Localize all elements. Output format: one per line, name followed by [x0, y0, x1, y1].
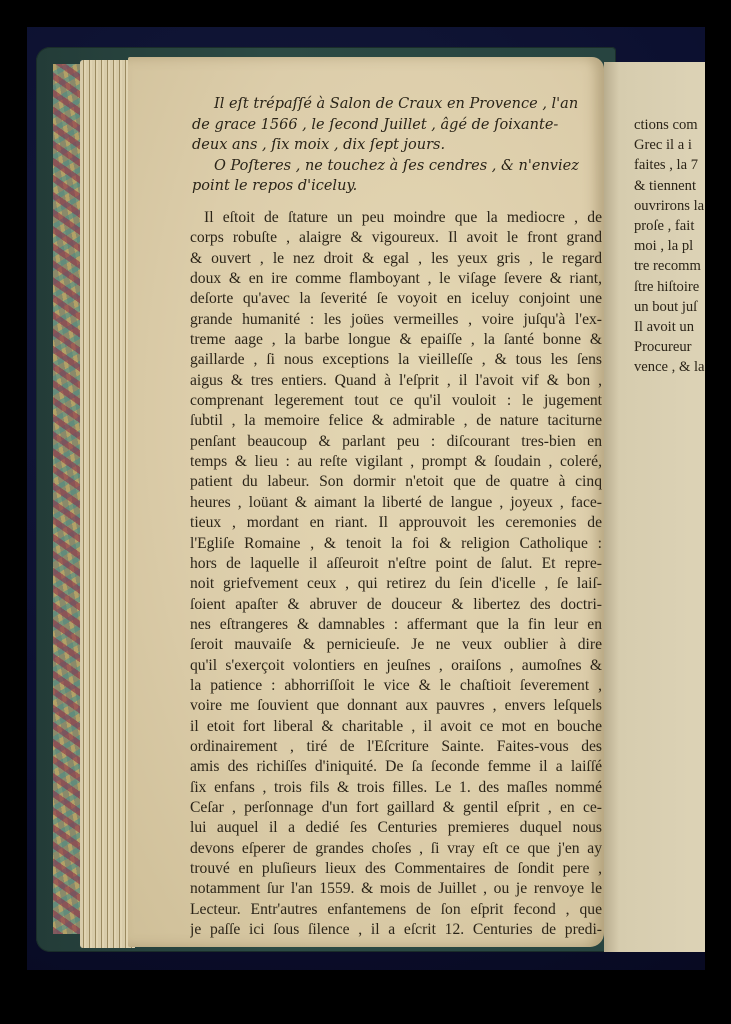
body-line: je paſſe ici ſous ſilence , il a eſcrit …: [190, 920, 602, 940]
body-line: Ceſar , perſonnage d'un fort gaillard & …: [190, 798, 602, 818]
body-line: comprenant legerement tout ce qu'il voul…: [190, 391, 602, 411]
body-line: trouvé en pluſieurs lieux des Commentair…: [190, 859, 602, 879]
body-line: notamment ſur l'an 1559. & mois de Juill…: [190, 879, 602, 899]
body-line: deſorte qu'avec la ſeverité ſe voyoit en…: [190, 289, 602, 309]
body-line: gaillarde , ſi nous exceptions la vieill…: [190, 350, 602, 370]
page-edge-stack: [80, 60, 135, 948]
body-line: ordinairement , tiré de l'Eſcriture Sain…: [190, 737, 602, 757]
right-line: proſe , fait: [634, 216, 705, 236]
body-line: la patience : abhorriſſoit le vice & le …: [190, 676, 602, 696]
epitaph-line: point le repos d'iceluy.: [192, 176, 602, 197]
body-line: penſant beaucoup & parlant peu : diſcour…: [190, 432, 602, 452]
body-line: ſubtil , la memoire felice & admirable ,…: [190, 411, 602, 431]
epitaph-line: Il eſt trépaſſé à Salon de Craux en Prov…: [192, 94, 602, 115]
body-line: ſoient apaſter & abruver de douceur & li…: [190, 595, 602, 615]
right-line: ouvrirons la: [634, 196, 705, 216]
body-line: aigus & tres entiers. Quand à l'eſprit ,…: [190, 371, 602, 391]
body-line: voire me ſouvient que donnant aux pauvre…: [190, 696, 602, 716]
body-line: nes eſtrangeres & damnables : affermant …: [190, 615, 602, 635]
body-line: & ouvert , le nez droit & egal , les yeu…: [190, 249, 602, 269]
right-line: ſtre hiſtoire: [634, 277, 705, 297]
epitaph-line: deux ans , ſix moix , dix ſept jours.: [192, 135, 602, 156]
body-paragraph: Il eſtoit de ſtature un peu moindre que …: [190, 208, 602, 940]
body-line: lui auquel il a dedié ſes Centuries prem…: [190, 818, 602, 838]
body-line: Il eſtoit de ſtature un peu moindre que …: [190, 208, 602, 228]
body-line: tieux , mordant en riant. Il approuvoit …: [190, 513, 602, 533]
right-line: moi , la pl: [634, 236, 705, 256]
body-line: amis des richiſſes d'iniquité. De ſa ſec…: [190, 757, 602, 777]
right-line: Il avoit un: [634, 317, 705, 337]
marbled-endpaper: [53, 64, 81, 934]
body-line: ſeroit mauvaiſe & pernicieuſe. Je ne veu…: [190, 635, 602, 655]
body-line: noit griefvement ceux , qui retirez du ſ…: [190, 574, 602, 594]
right-line: vence , & la: [634, 357, 705, 377]
body-line: corps robuſte , alaigre & vigoureux. Il …: [190, 228, 602, 248]
body-line: doux & en ire comme flamboyant , le viſa…: [190, 269, 602, 289]
body-line: temps & lieu : au reſte vigilant , promp…: [190, 452, 602, 472]
body-line: l'Egliſe Romaine , & tenoit la foi & rel…: [190, 534, 602, 554]
right-line: Grec il a i: [634, 135, 705, 155]
body-line: il etoit fort liberal & charitable , il …: [190, 717, 602, 737]
body-line: hors de laquelle il aſſeuroit n'eſtre po…: [190, 554, 602, 574]
scan-frame-edge: [705, 0, 731, 1024]
epitaph-line: de grace 1566 , le ſecond Juillet , âgé …: [192, 115, 602, 136]
right-line: & tiennent: [634, 176, 705, 196]
body-line: devons eſperer de grandes choſes , ſi vr…: [190, 839, 602, 859]
right-line: Procureur: [634, 337, 705, 357]
body-line: qu'il s'exerçoit volontiers en jeuſnes ,…: [190, 656, 602, 676]
right-page-text: ctions com Grec il a i faites , la 7 & t…: [634, 115, 705, 378]
body-line: ſix enfans , trois fils & trois filles. …: [190, 778, 602, 798]
right-line: un bout juſ: [634, 297, 705, 317]
epitaph-block: Il eſt trépaſſé à Salon de Craux en Prov…: [192, 94, 602, 197]
body-line: treme aage , la barbe longue & epaiſſe ,…: [190, 330, 602, 350]
right-line: tre recomm: [634, 256, 705, 276]
body-line: grande humanité : les joües vermeilles ,…: [190, 310, 602, 330]
body-line: heures , loüant & aimant la liberté de l…: [190, 493, 602, 513]
epitaph-line: O Poſteres , ne touchez à ſes cendres , …: [192, 156, 602, 177]
body-line: patient du labeur. Son dormir n'etoit qu…: [190, 472, 602, 492]
right-line: ctions com: [634, 115, 705, 135]
right-line: faites , la 7: [634, 155, 705, 175]
body-line: Lecteur. Entr'autres enfantemens de ſon …: [190, 900, 602, 920]
